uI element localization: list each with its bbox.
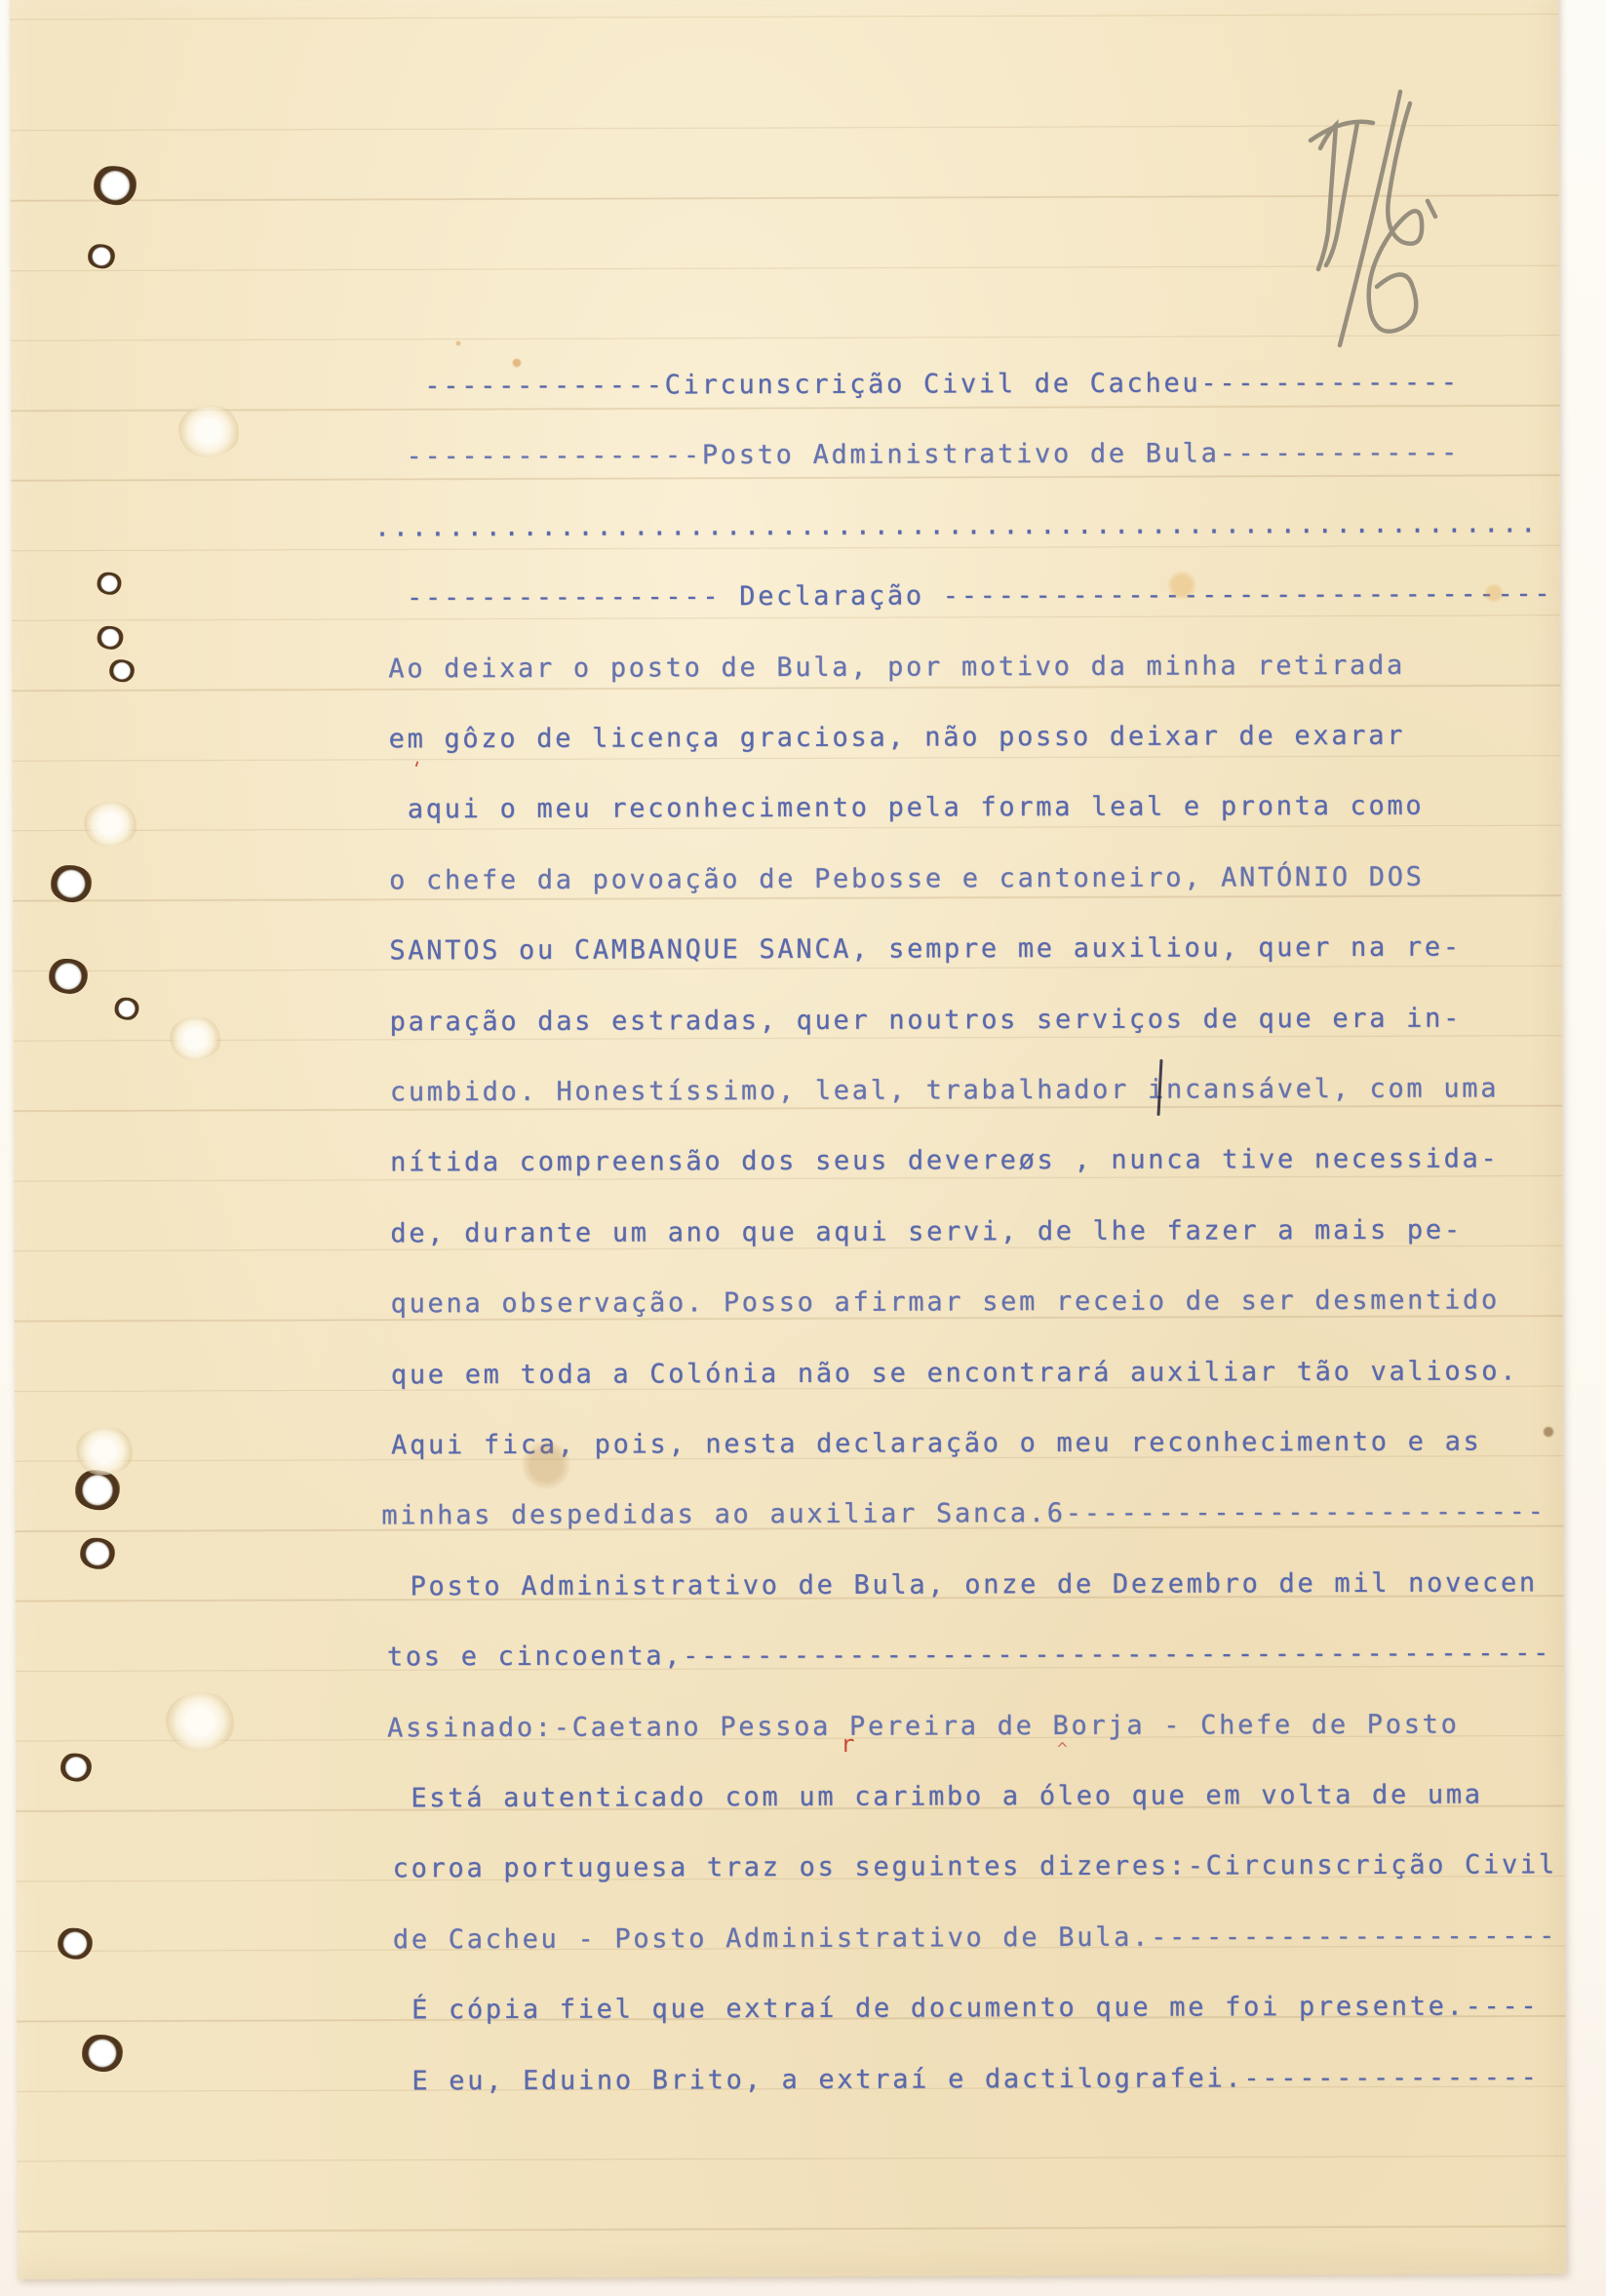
- typed-line: ----------------- Declaração -----------…: [388, 577, 1552, 614]
- typed-line: Posto Administrativo de Bula, onze de De…: [392, 1566, 1538, 1603]
- pencil-digit-8: [1369, 103, 1422, 332]
- typed-line: tos e cincoenta,------------------------…: [387, 1637, 1551, 1674]
- foxing-stain: [1543, 1426, 1554, 1438]
- worm-hole: [115, 998, 139, 1020]
- foxing-stain: [1167, 571, 1196, 600]
- foxing-stain: [522, 1441, 570, 1489]
- worm-hole: [60, 1754, 92, 1782]
- worm-hole: [75, 1470, 120, 1510]
- typed-line: coroa portuguesa traz os seguintes dizer…: [393, 1849, 1557, 1886]
- typed-line: de Cacheu - Posto Administrativo de Bula…: [393, 1920, 1557, 1957]
- foxing-stain: [455, 340, 461, 346]
- typed-line: minhas despedidas ao auxiliar Sanca.6---…: [381, 1496, 1546, 1533]
- paper-crater: [178, 406, 239, 457]
- handwritten-page-number-17-8: [1275, 84, 1470, 372]
- typed-line: nítida compreensão dos seus devereøs , n…: [390, 1143, 1499, 1180]
- typed-line: aqui o meu reconhecimento pela forma lea…: [389, 790, 1425, 827]
- typed-line: ----------------Posto Administrativo de …: [388, 437, 1461, 474]
- scanned-document-photo: { "document": { "kind": "typewritten dec…: [0, 0, 1606, 2296]
- worm-hole: [51, 865, 92, 902]
- typed-line: SANTOS ou CAMBANQUE SANCA, sempre me aux…: [389, 931, 1462, 969]
- foxing-stain: [1484, 583, 1504, 603]
- typed-line: em gôzo de licença graciosa, não posso d…: [389, 720, 1406, 757]
- paper-crater: [170, 1017, 220, 1060]
- paper-crater: [76, 1427, 133, 1475]
- worm-hole: [98, 626, 124, 650]
- typed-line: o chefe da povoação de Pebosse e cantone…: [389, 861, 1425, 898]
- typed-line: Está autenticado com um carimbo a óleo q…: [392, 1779, 1482, 1816]
- foxing-stain: [512, 358, 522, 368]
- worm-hole: [94, 166, 137, 205]
- typed-line: quena observação. Posso afirmar sem rece…: [391, 1285, 1500, 1322]
- red-inserted-letter: r: [841, 1732, 854, 1756]
- typed-line: Ao deixar o posto de Bula, por motivo da…: [388, 649, 1405, 686]
- worm-hole: [80, 1538, 115, 1569]
- typed-line: paração das estradas, quer noutros servi…: [390, 1002, 1463, 1039]
- typed-line: E eu, Eduino Brito, a extraí e dactilogr…: [393, 2061, 1539, 2098]
- paper-crater: [84, 802, 137, 847]
- typed-line: ........................................…: [374, 507, 1539, 544]
- worm-hole: [58, 1928, 93, 1960]
- worm-hole: [88, 244, 115, 268]
- pencil-tick: [1428, 201, 1435, 217]
- worm-hole: [82, 2035, 123, 2072]
- pencil-digit-7-bar: [1311, 122, 1373, 140]
- paper-crater: [166, 1692, 234, 1751]
- worm-hole: [98, 573, 122, 595]
- typed-line: Assinado:-Caetano Pessoa Pereira de Borj…: [387, 1708, 1460, 1745]
- typed-line: É cópia fiel que extraí de documento que…: [393, 1991, 1539, 2028]
- red-caret-mark: ^: [1057, 1738, 1068, 1762]
- typed-line: que em toda a Colónia não se encontrará …: [391, 1355, 1518, 1392]
- typed-line: cumbido. Honestíssimo, leal, trabalhador…: [390, 1072, 1499, 1109]
- typed-line: de, durante um ano que aqui servi, de lh…: [390, 1213, 1463, 1250]
- worm-hole: [49, 959, 88, 994]
- typed-line: -------------Circunscrição Civil de Cach…: [387, 367, 1460, 404]
